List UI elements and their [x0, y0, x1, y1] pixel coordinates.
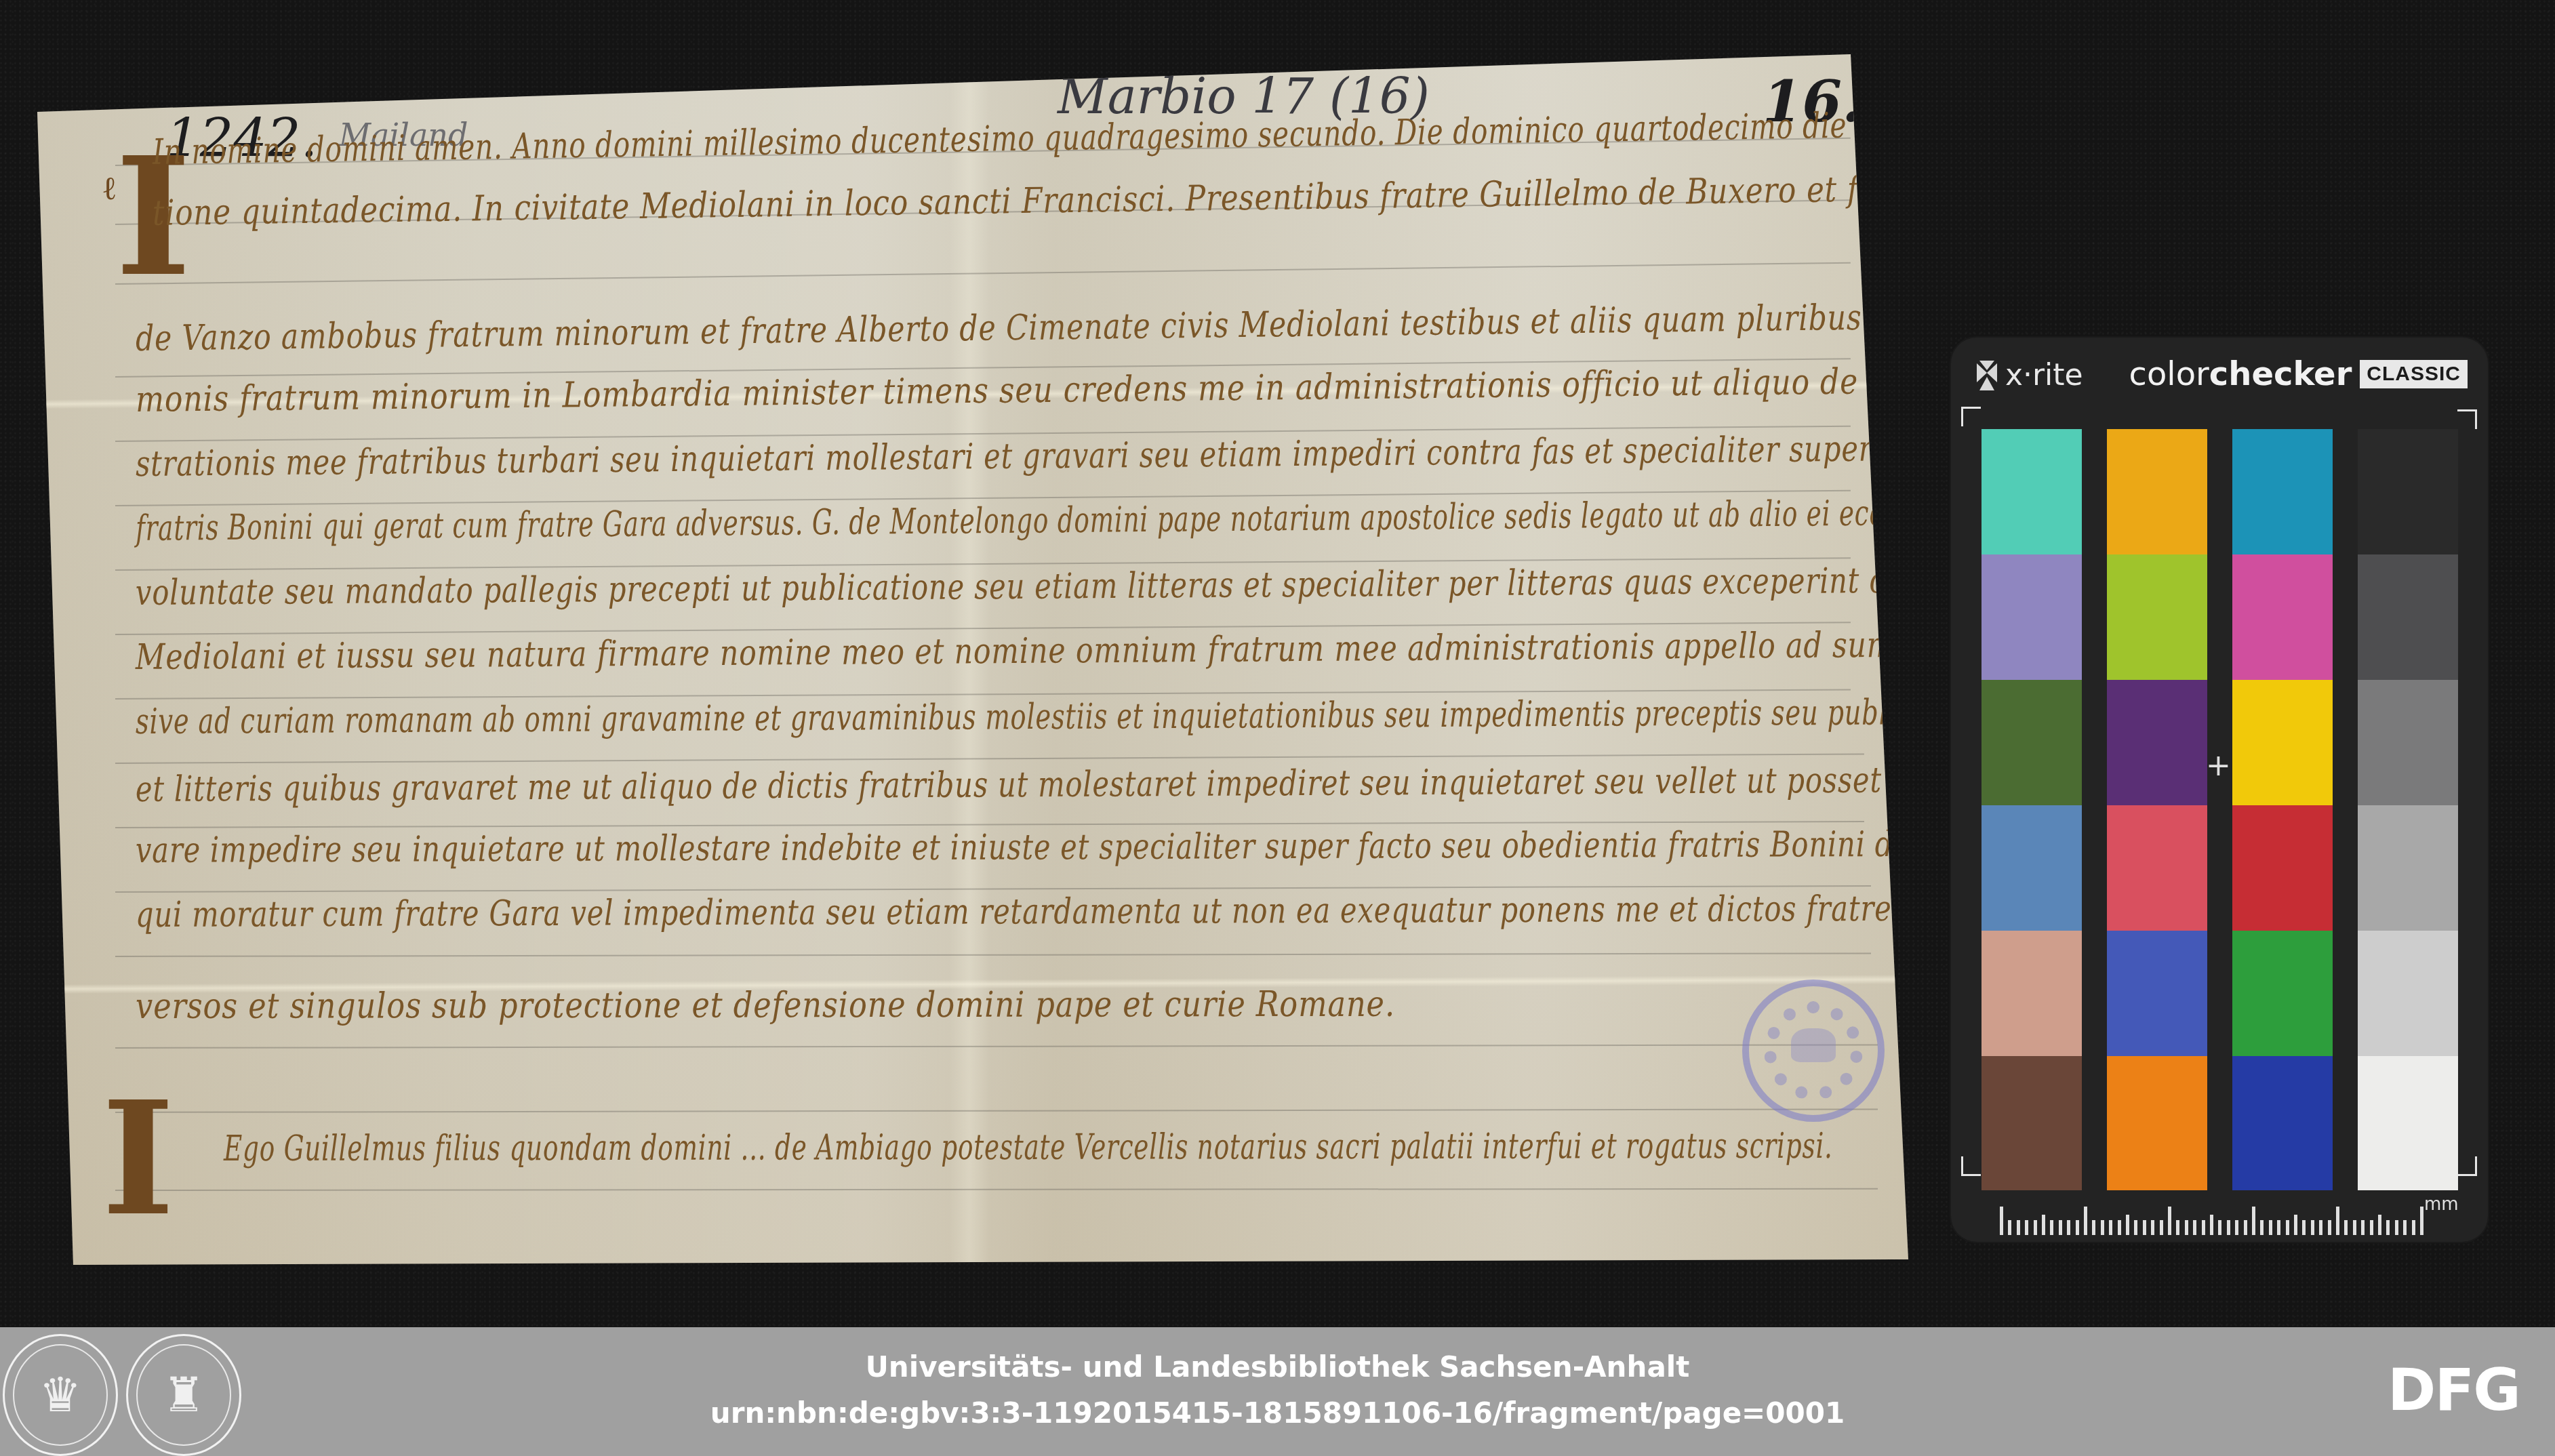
color-patch: [2107, 429, 2207, 563]
color-patch: [2232, 680, 2333, 814]
ruler-tick: [2042, 1215, 2045, 1235]
color-patch: [2107, 1056, 2207, 1190]
ruler-tick: [2143, 1220, 2146, 1235]
ruler-tick: [2336, 1207, 2339, 1235]
parchment-charter: 1242. Mailand Marbio 17 (16) 16. I ℓ I I…: [0, 0, 1918, 1274]
ruler-tick: [2328, 1220, 2331, 1235]
registration-corner-icon: [1961, 407, 1981, 426]
colorchecker-title: color checker CLASSIC: [2129, 355, 2468, 393]
ruler-tick: [2210, 1215, 2213, 1235]
color-checker-card: x·rite color checker CLASSIC + mm: [1951, 338, 2488, 1242]
ruler-tick: [2118, 1220, 2121, 1235]
color-patch: [1981, 931, 2082, 1065]
charter-line: versos et singulos sub protectione et de…: [136, 984, 1395, 1027]
charter-line: tione quintadecima. In civitate Mediolan…: [153, 166, 2105, 234]
title-checker: checker: [2209, 355, 2352, 393]
ruler-tick: [2420, 1207, 2423, 1235]
ruler-tick: [2084, 1207, 2087, 1235]
ruler-tick: [2101, 1220, 2104, 1235]
library-stamp: [1742, 979, 1885, 1122]
ruler-tick: [2302, 1220, 2306, 1235]
mm-ruler: [1970, 1194, 2417, 1235]
ruler-tick: [2353, 1220, 2356, 1235]
charter-line: qui moratur cum fratre Gara vel impedime…: [136, 889, 1963, 935]
ruler-tick: [2176, 1220, 2179, 1235]
color-patch: [2232, 429, 2333, 563]
color-patch: [1981, 805, 2082, 939]
charter-line: sive ad curiam romanam ab omni gravamine…: [136, 691, 2038, 742]
footer-bar: ♛ ♜ Universitäts- und Landesbibliothek S…: [0, 1327, 2555, 1456]
classic-badge: CLASSIC: [2360, 360, 2468, 388]
ruler-tick: [2202, 1220, 2205, 1235]
ruler-tick: [2092, 1220, 2095, 1235]
ruler-tick: [2403, 1220, 2407, 1235]
ruler-tick: [2269, 1220, 2272, 1235]
urn-identifier[interactable]: urn:nbn:de:gbv:3:3-1192015415-1815891106…: [0, 1396, 2555, 1430]
color-patch: [2358, 680, 2458, 814]
color-patch: [2358, 931, 2458, 1065]
ruler-tick: [2126, 1215, 2129, 1235]
color-patch: [2107, 931, 2207, 1065]
charter-line: et litteris quibus gravaret me ut aliquo…: [136, 760, 1942, 810]
ruler-tick: [2370, 1220, 2373, 1235]
institution-name: Universitäts- und Landesbibliothek Sachs…: [0, 1350, 2555, 1383]
stamp-emblem-icon: [1791, 1028, 1836, 1062]
ruler-tick: [2252, 1207, 2255, 1235]
ruler-tick: [2034, 1220, 2037, 1235]
color-patch: [2107, 680, 2207, 814]
ruler-tick: [2160, 1220, 2163, 1235]
color-patch: [2232, 805, 2333, 939]
ruler-tick: [2378, 1215, 2381, 1235]
ruler-tick: [2151, 1220, 2154, 1235]
color-patch: [2358, 554, 2458, 689]
registration-corner-icon: [1961, 1156, 1981, 1176]
color-patch: [2232, 554, 2333, 689]
color-patch: [1981, 554, 2082, 689]
registration-corner-icon: [2457, 409, 2477, 429]
xrite-logo-icon: [1975, 361, 1998, 390]
xrite-brand-text: x·rite: [2005, 358, 2083, 392]
color-patch: [1981, 429, 2082, 563]
ruler-tick: [2218, 1220, 2221, 1235]
ruler-tick: [2193, 1220, 2196, 1235]
ruler-tick: [2000, 1207, 2003, 1235]
ruler-tick: [2235, 1220, 2238, 1235]
ruler-tick: [2386, 1220, 2390, 1235]
color-patch: [2358, 805, 2458, 939]
ruling-line: [115, 1044, 1878, 1049]
ruler-tick: [2244, 1220, 2247, 1235]
pen-flourish-icon: ℓ: [102, 169, 117, 207]
ruler-unit-label: mm: [2424, 1194, 2459, 1215]
notary-initial: I: [102, 1081, 175, 1237]
ruler-tick: [2185, 1220, 2188, 1235]
color-patch: [2107, 805, 2207, 939]
ruler-tick: [2050, 1220, 2053, 1235]
charter-line: monis fratrum minorum in Lombardia minis…: [136, 359, 2064, 420]
ruler-tick: [2025, 1220, 2028, 1235]
xrite-brand: x·rite: [1975, 358, 2083, 392]
ruler-tick: [2168, 1207, 2171, 1235]
ruler-tick: [2286, 1220, 2289, 1235]
dfg-logo: DFG: [2388, 1361, 2520, 1419]
ruler-tick: [2395, 1220, 2398, 1235]
color-patch: [2232, 931, 2333, 1065]
charter-line: strationis mee fratribus turbari seu inq…: [136, 428, 2038, 485]
charter-line: fratris Bonini qui gerat cum fratre Gara…: [136, 492, 2009, 549]
color-patch: [1981, 680, 2082, 814]
ruler-tick: [2277, 1220, 2280, 1235]
ruler-tick: [2067, 1220, 2070, 1235]
crosshair-icon: +: [2206, 751, 2231, 781]
notary-subscription: Ego Guillelmus filius quondam domini ...…: [224, 1126, 1833, 1169]
ruling-line: [115, 1108, 1878, 1113]
color-patch: [2358, 429, 2458, 563]
ruler-tick: [2008, 1220, 2011, 1235]
charter-line: de Vanzo ambobus fratrum minorum et frat…: [136, 296, 2038, 359]
color-patch: [2232, 1056, 2333, 1190]
ruler-tick: [2294, 1215, 2297, 1235]
ruling-line: [115, 952, 1871, 957]
ruler-tick: [2109, 1220, 2112, 1235]
ruler-tick: [2260, 1220, 2264, 1235]
ruler-tick: [2412, 1220, 2415, 1235]
ruler-tick: [2076, 1220, 2079, 1235]
ruler-tick: [2344, 1220, 2348, 1235]
ruler-tick: [2134, 1220, 2137, 1235]
ruler-tick: [2059, 1220, 2062, 1235]
color-patch: [1981, 1056, 2082, 1190]
color-patch: [2107, 554, 2207, 689]
ruler-tick: [2227, 1220, 2230, 1235]
ruling-line: [115, 1188, 1878, 1191]
title-color: color: [2129, 355, 2209, 393]
ruler-tick: [2319, 1220, 2322, 1235]
color-patch: [2358, 1056, 2458, 1190]
registration-corner-icon: [2457, 1156, 2477, 1176]
ruler-tick: [2361, 1220, 2365, 1235]
charter-line: vare impedire seu inquietare ut mollesta…: [136, 824, 1941, 871]
ruler-tick: [2311, 1220, 2314, 1235]
ruler-tick: [2017, 1220, 2020, 1235]
